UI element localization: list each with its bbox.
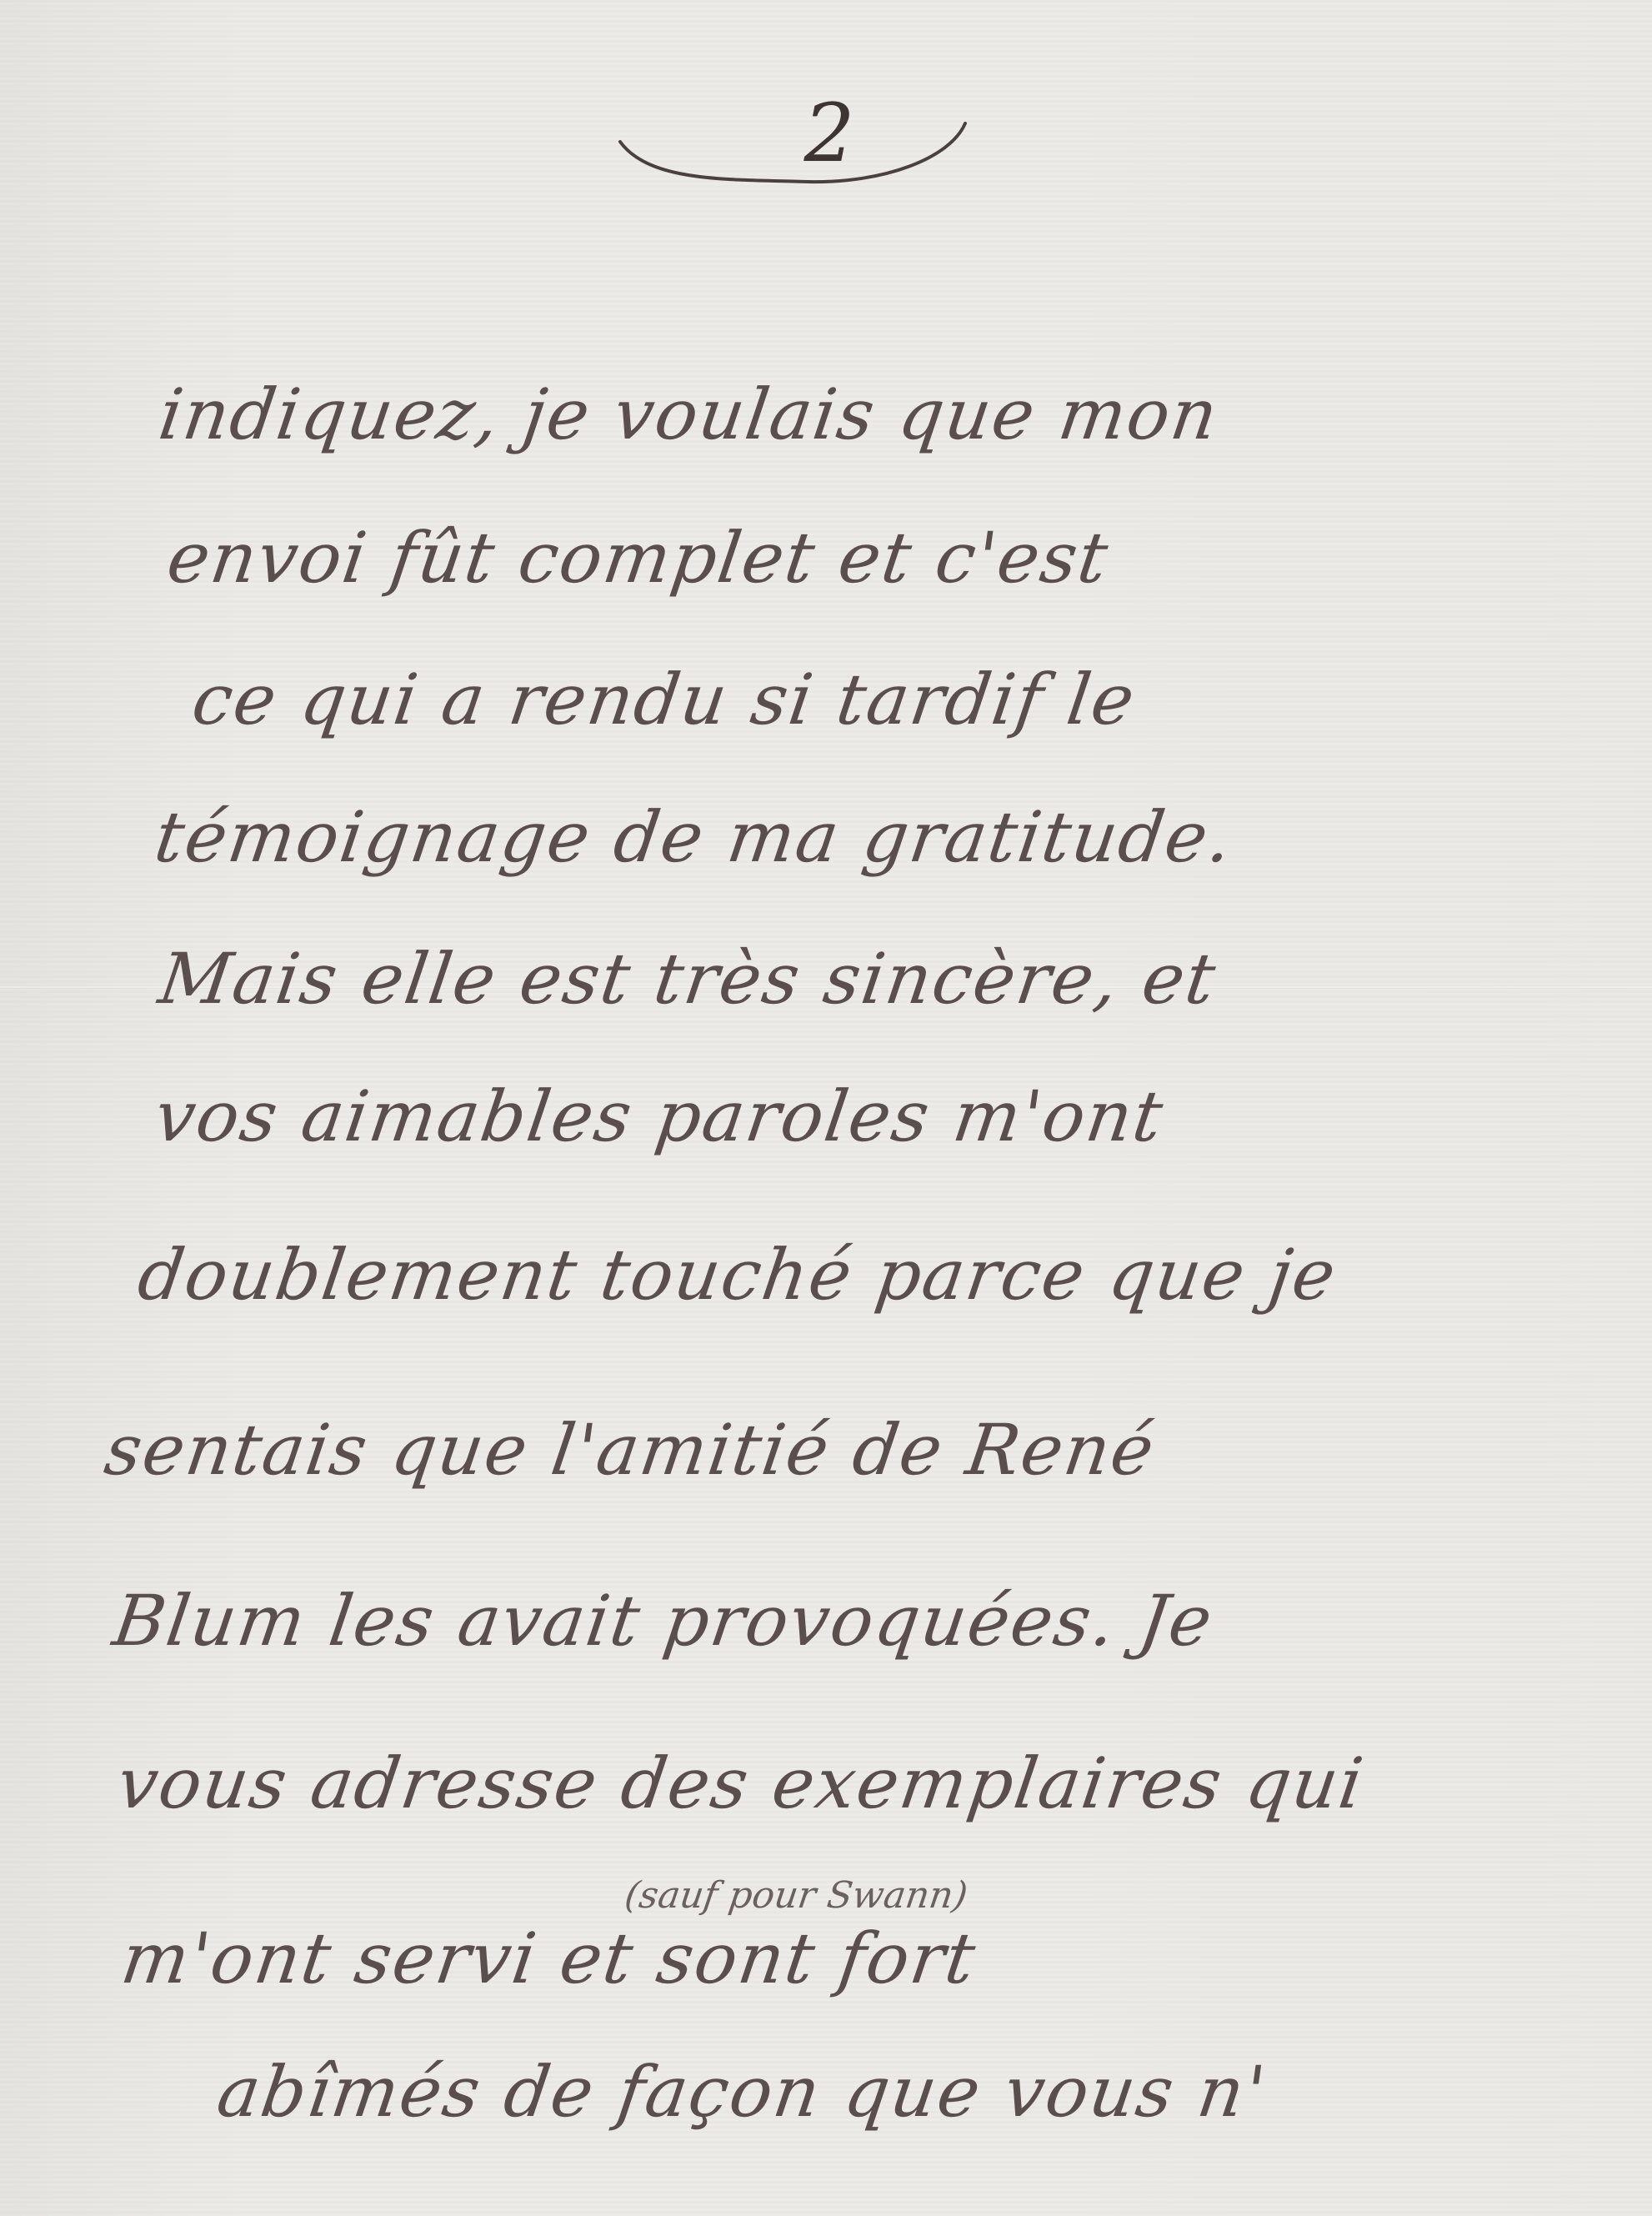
letter-line-2: envoi fût complet et c'est (163, 517, 1652, 599)
interlinear-insertion: (sauf pour Swann) (622, 1874, 970, 1917)
letter-line-8: sentais que l'amitié de René (100, 1409, 1652, 1491)
letter-line-3: ce qui a rendu si tardif le (188, 659, 1652, 740)
letter-line-7: doublement touché parce que je (133, 1234, 1652, 1316)
letter-line-10: vous adresse des exemplaires qui (113, 1742, 1652, 1824)
letter-line-5: Mais elle est très sincère, et (154, 938, 1652, 1020)
letter-line-4: témoignage de ma gratitude. (150, 796, 1652, 878)
letter-line-6: vos aimables paroles m'ont (150, 1075, 1652, 1157)
letter-line-9: Blum les avait provoquées. Je (108, 1580, 1652, 1662)
letter-line-11: m'ont servi et sont fort (117, 1918, 1652, 1999)
letter-line-1: indiquez, je voulais que mon (154, 374, 1652, 455)
letter-line-12: abîmés de façon que vous n' (213, 2051, 1652, 2133)
page-number-underline-flourish (617, 117, 984, 192)
